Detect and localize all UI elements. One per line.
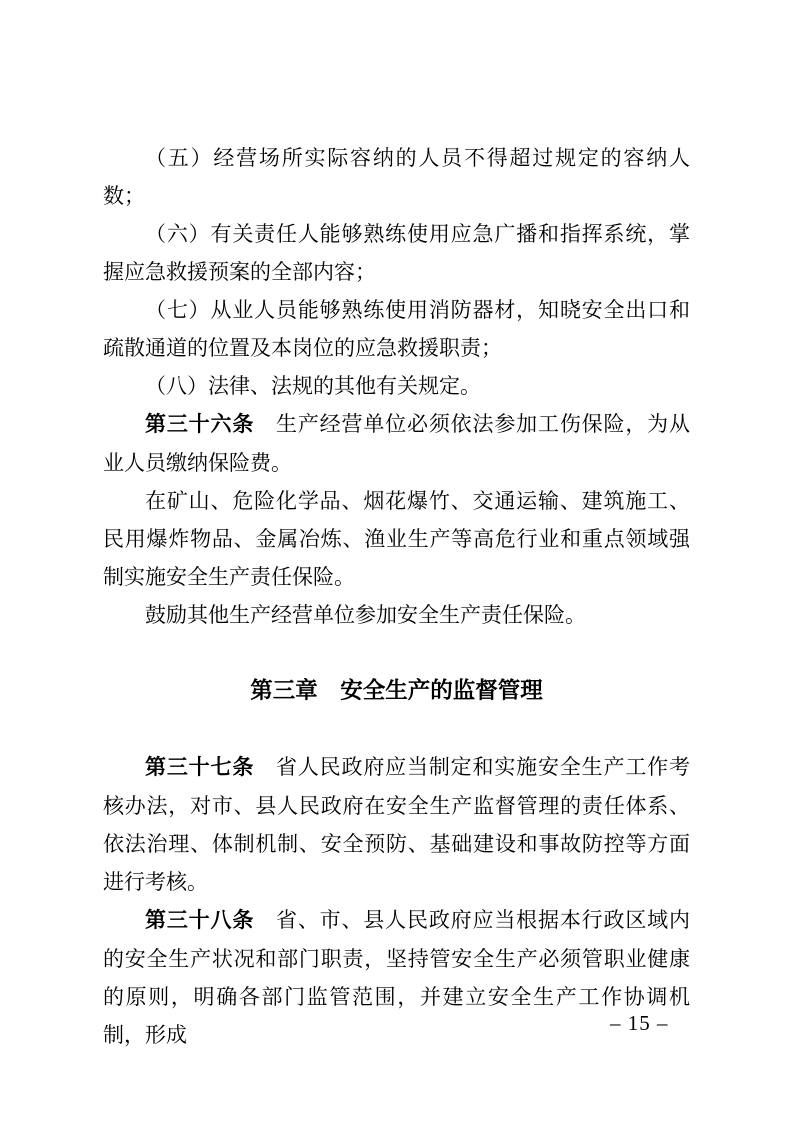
paragraph: 第三十八条 省、市、县人民政府应当根据本行政区域内的安全生产状况和部门职责，坚持… <box>103 901 690 1054</box>
article-number: 第三十八条 <box>145 909 254 932</box>
paragraph-text: （五）经营场所实际容纳的人员不得超过规定的容纳人数； <box>103 146 690 208</box>
paragraph-text: （七）从业人员能够熟练使用消防器材，知晓安全出口和疏散通道的位置及本岗位的应急救… <box>103 298 690 360</box>
paragraph: （五）经营场所实际容纳的人员不得超过规定的容纳人数； <box>103 139 690 215</box>
document-page: （五）经营场所实际容纳的人员不得超过规定的容纳人数；（六）有关责任人能够熟练使用… <box>0 0 793 1122</box>
paragraph: 鼓励其他生产经营单位参加安全生产责任保险。 <box>103 596 690 634</box>
paragraph: （七）从业人员能够熟练使用消防器材，知晓安全出口和疏散通道的位置及本岗位的应急救… <box>103 291 690 367</box>
paragraph: 在矿山、危险化学品、烟花爆竹、交通运输、建筑施工、民用爆炸物品、金属冶炼、渔业生… <box>103 482 690 596</box>
paragraph-text: 在矿山、危险化学品、烟花爆竹、交通运输、建筑施工、民用爆炸物品、金属冶炼、渔业生… <box>103 489 690 589</box>
paragraph-text: 鼓励其他生产经营单位参加安全生产责任保险。 <box>145 603 586 627</box>
paragraph-text: （六）有关责任人能够熟练使用应急广播和指挥系统，掌握应急救援预案的全部内容； <box>103 222 690 284</box>
paragraph: 第三十六条 生产经营单位必须依法参加工伤保险，为从业人员缴纳保险费。 <box>103 405 690 482</box>
article-number: 第三十七条 <box>145 756 254 779</box>
paragraph: （八）法律、法规的其他有关规定。 <box>103 367 690 405</box>
document-body: （五）经营场所实际容纳的人员不得超过规定的容纳人数；（六）有关责任人能够熟练使用… <box>103 139 690 1054</box>
paragraph: （六）有关责任人能够熟练使用应急广播和指挥系统，掌握应急救援预案的全部内容； <box>103 215 690 291</box>
page-number: – 15 – <box>610 1011 669 1036</box>
chapter-heading: 第三章 安全生产的监督管理 <box>103 672 690 710</box>
paragraph: 第三十七条 省人民政府应当制定和实施安全生产工作考核办法，对市、县人民政府在安全… <box>103 748 690 901</box>
paragraph-text: （八）法律、法规的其他有关规定。 <box>145 374 481 398</box>
article-number: 第三十六条 <box>145 413 254 436</box>
